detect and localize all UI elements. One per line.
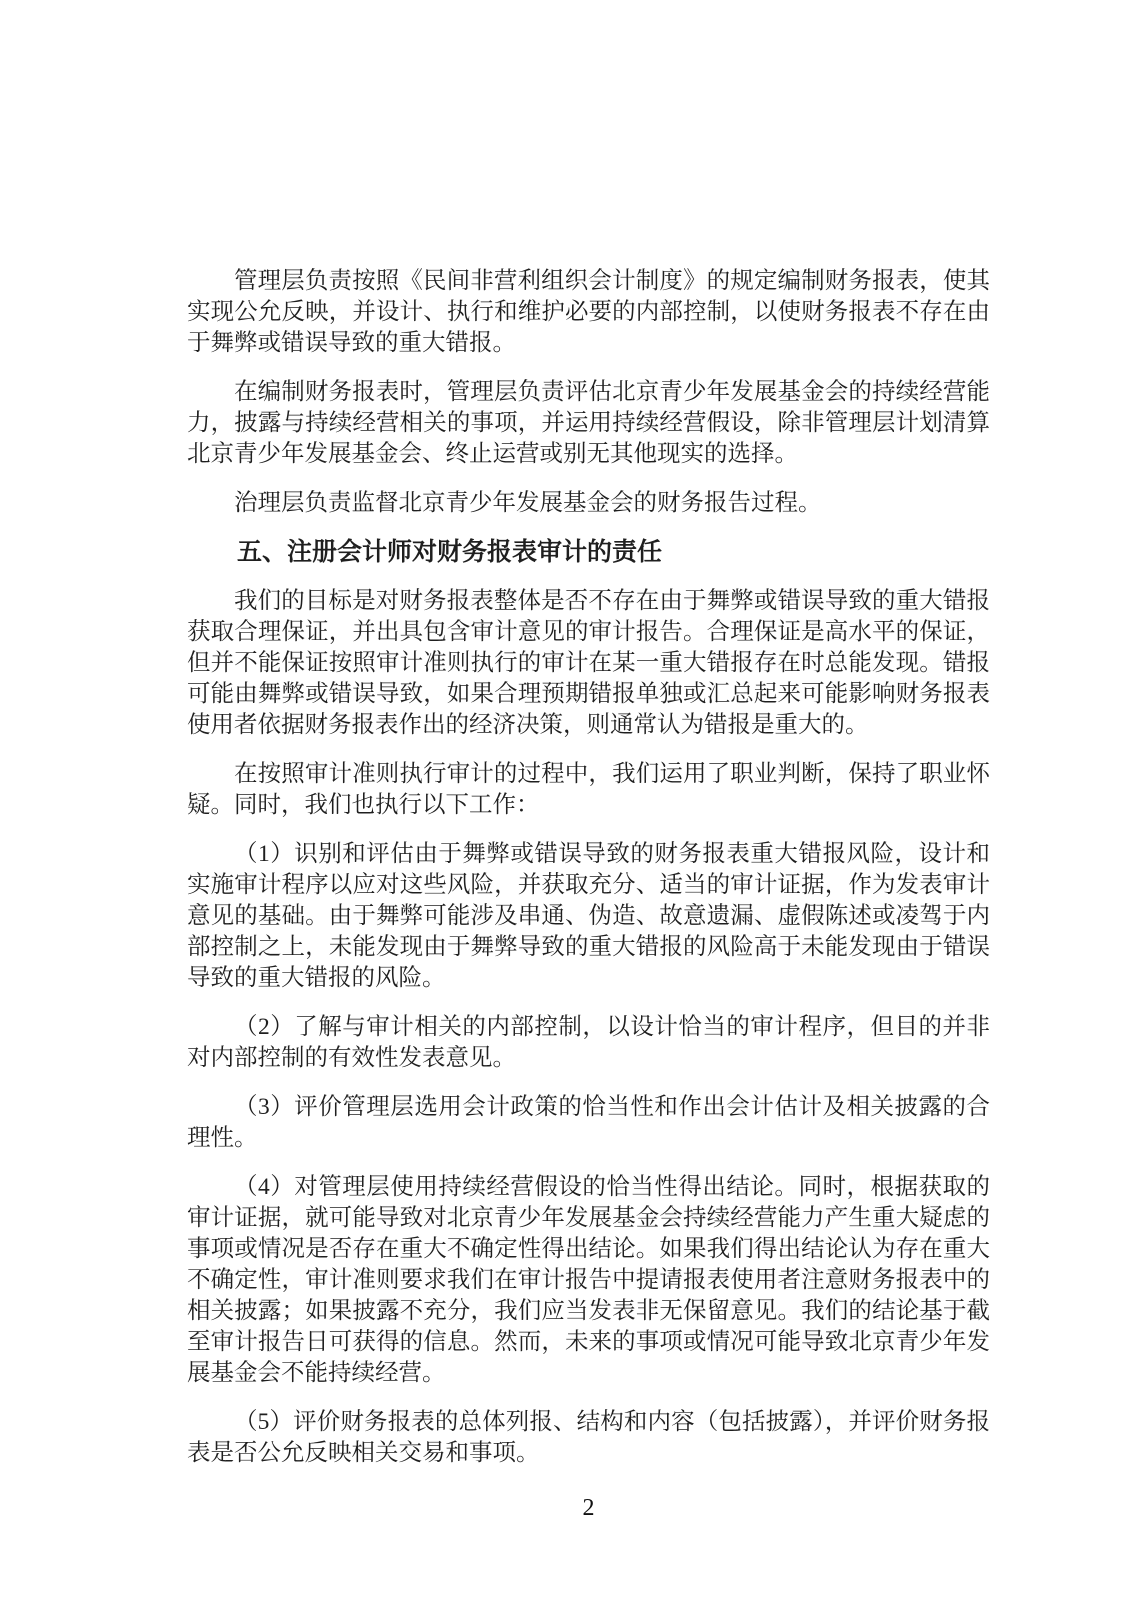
paragraph: 我们的目标是对财务报表整体是否不存在由于舞弊或错误导致的重大错报获取合理保证，并…	[187, 586, 990, 741]
document-body: 管理层负责按照《民间非营利组织会计制度》的规定编制财务报表，使其实现公允反映，并…	[187, 266, 990, 1487]
paragraph: （2）了解与审计相关的内部控制，以设计恰当的审计程序，但目的并非对内部控制的有效…	[187, 1012, 990, 1074]
paragraph: 在按照审计准则执行审计的过程中，我们运用了职业判断，保持了职业怀疑。同时，我们也…	[187, 759, 990, 821]
paragraph: （4）对管理层使用持续经营假设的恰当性得出结论。同时，根据获取的审计证据，就可能…	[187, 1172, 990, 1389]
paragraph: （1）识别和评估由于舞弊或错误导致的财务报表重大错报风险，设计和实施审计程序以应…	[187, 839, 990, 994]
paragraph: （3）评价管理层选用会计政策的恰当性和作出会计估计及相关披露的合理性。	[187, 1092, 990, 1154]
paragraph: 治理层负责监督北京青少年发展基金会的财务报告过程。	[187, 488, 990, 519]
paragraph: （5）评价财务报表的总体列报、结构和内容（包括披露），并评价财务报表是否公允反映…	[187, 1407, 990, 1469]
document-page: 管理层负责按照《民间非营利组织会计制度》的规定编制财务报表，使其实现公允反映，并…	[0, 0, 1131, 1600]
page-number: 2	[187, 1494, 990, 1522]
paragraph: 管理层负责按照《民间非营利组织会计制度》的规定编制财务报表，使其实现公允反映，并…	[187, 266, 990, 359]
section-heading: 五、注册会计师对财务报表审计的责任	[187, 537, 990, 568]
paragraph: 在编制财务报表时，管理层负责评估北京青少年发展基金会的持续经营能力，披露与持续经…	[187, 377, 990, 470]
